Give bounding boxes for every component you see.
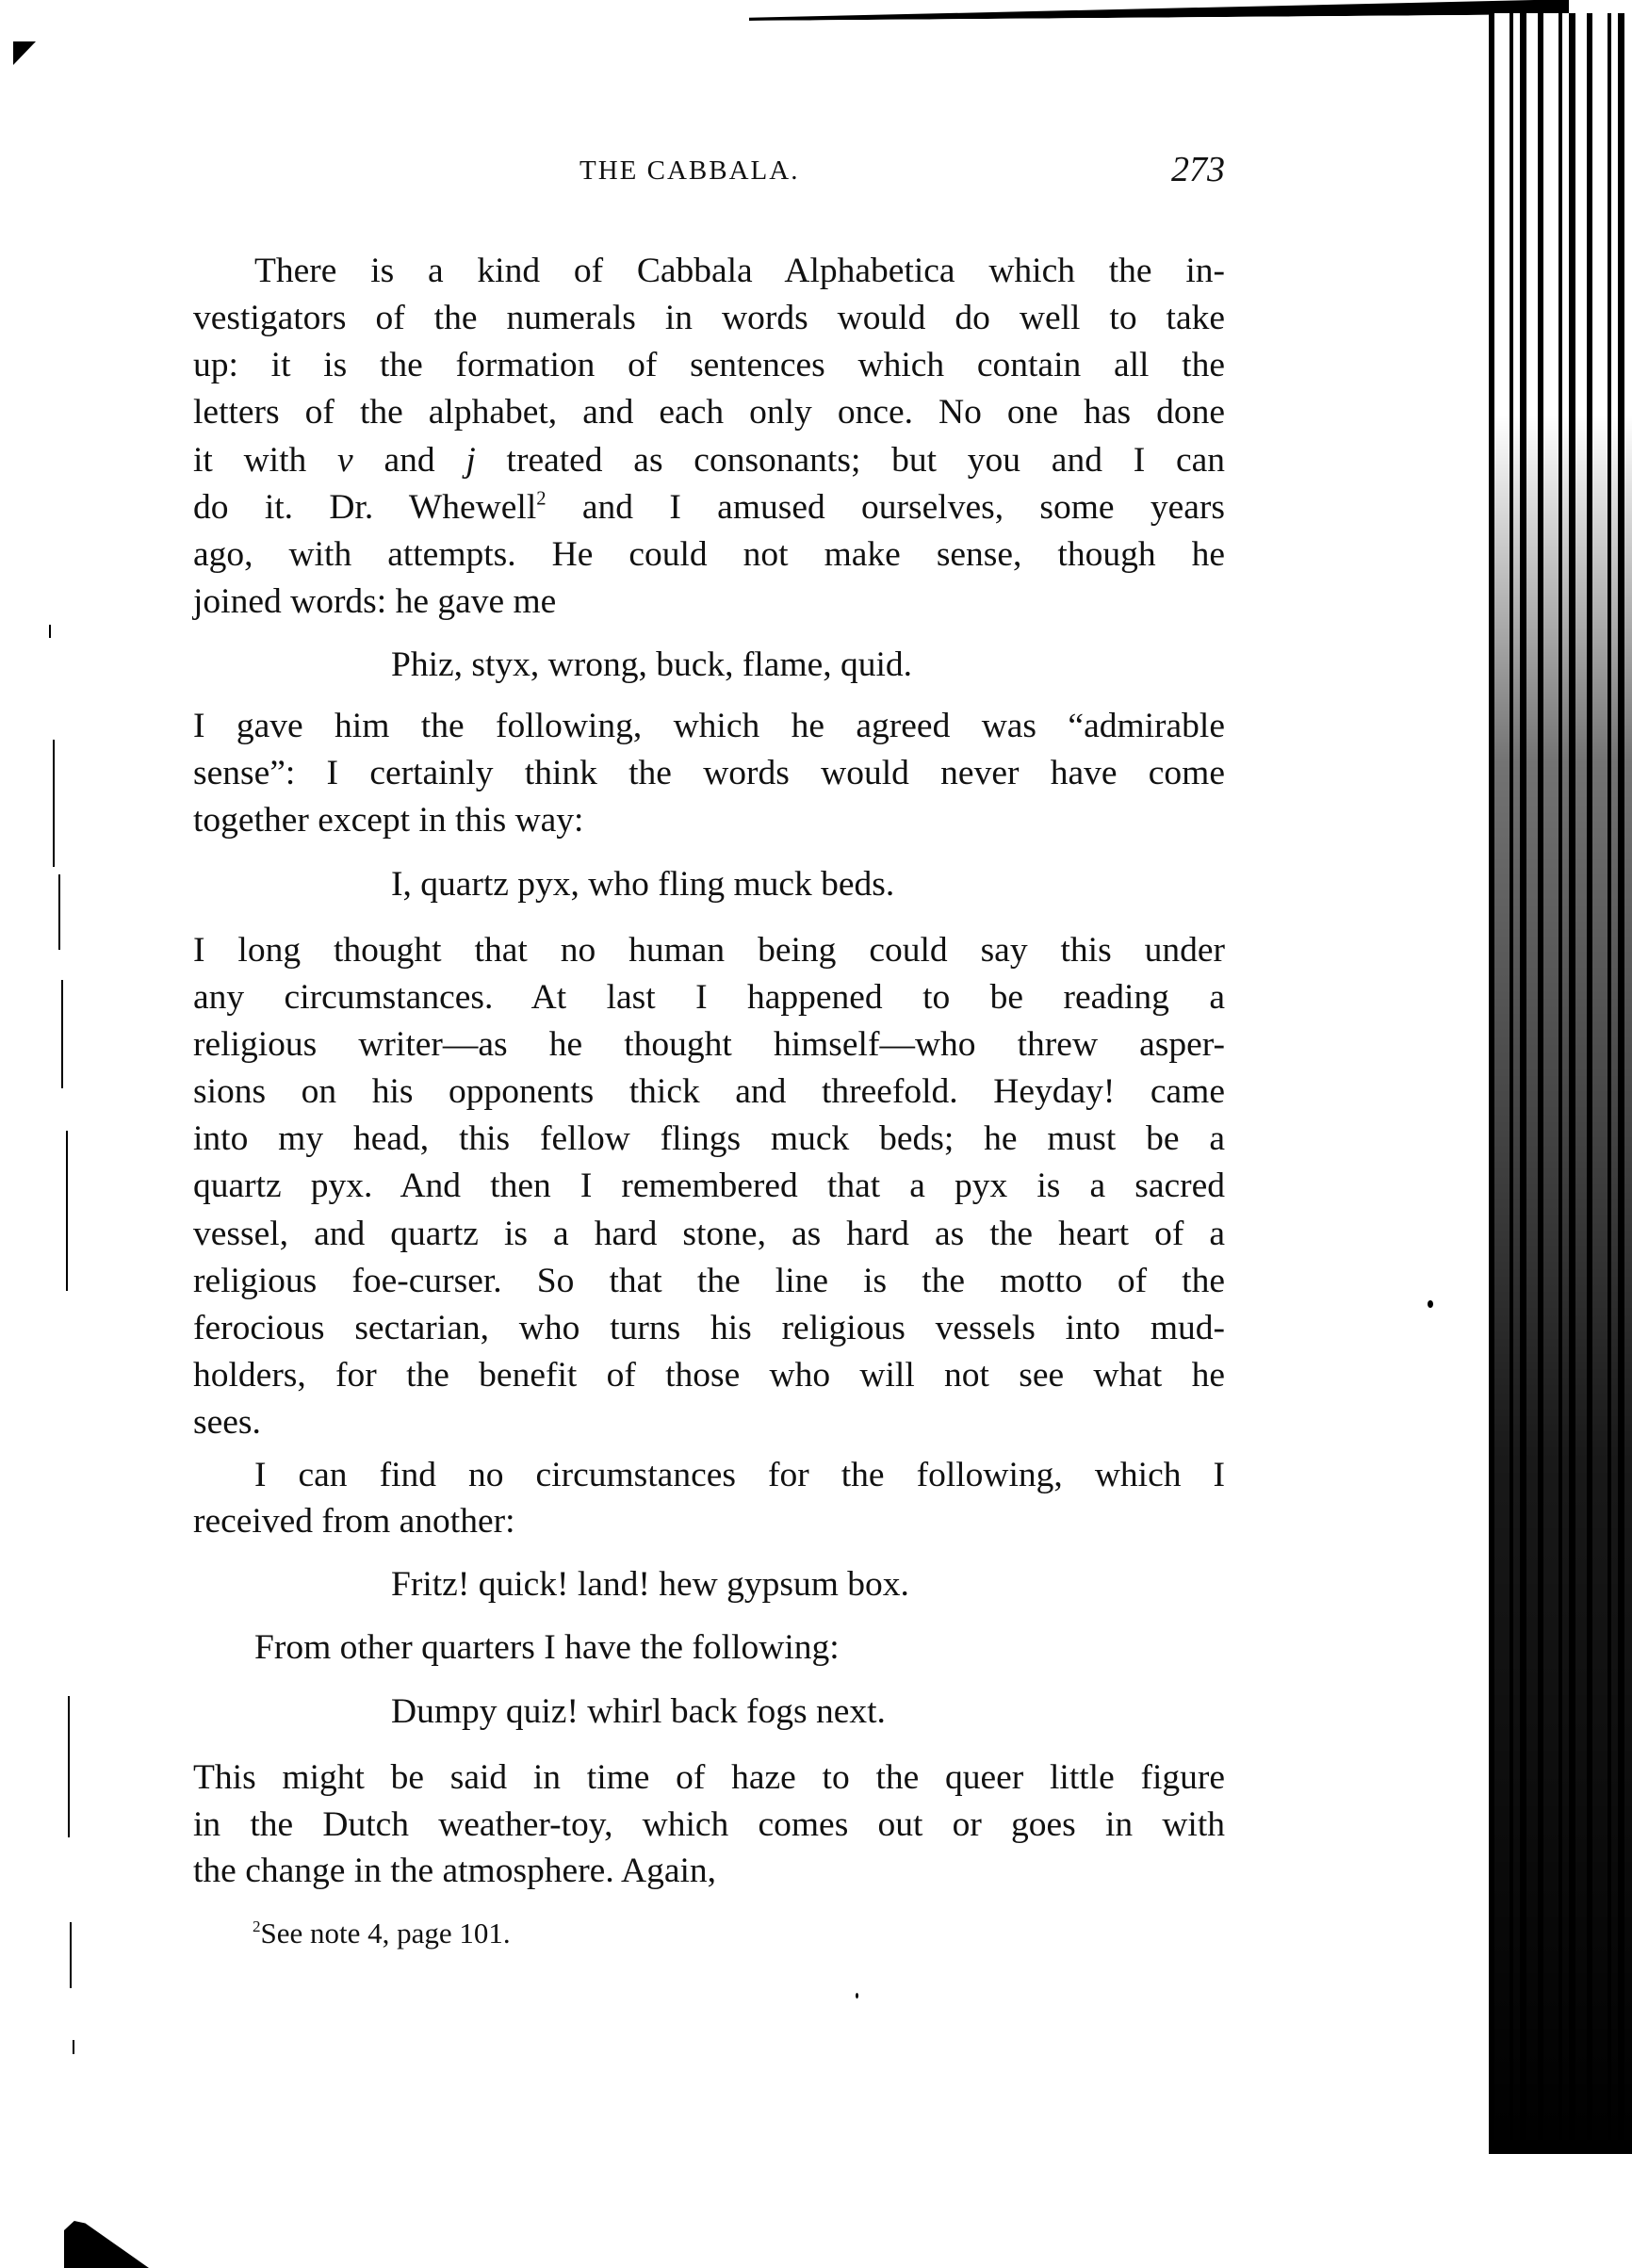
body-line: any circumstances. At last I happened to… <box>193 974 1225 1021</box>
body-line: religious foe-curser. So that the line i… <box>193 1258 1225 1305</box>
margin-scan-mark <box>70 1922 72 1988</box>
example-pangram: Fritz! quick! land! hew gypsum box. <box>391 1561 909 1608</box>
margin-scan-mark <box>53 740 55 867</box>
body-line: the change in the atmosphere. Again, <box>193 1848 1225 1895</box>
body-line: This might be said in time of haze to th… <box>193 1754 1225 1802</box>
body-line: ago, with attempts. He could not make se… <box>193 531 1225 579</box>
body-line: I gave him the following, which he agree… <box>193 703 1225 750</box>
footnote-text: See note 4, page 101. <box>261 1917 511 1950</box>
body-line: From other quarters I have the following… <box>254 1624 1225 1672</box>
margin-scan-mark <box>49 625 51 638</box>
scan-corner-mark-bottom <box>64 2221 149 2268</box>
example-pangram: I, quartz pyx, who fling muck beds. <box>391 861 894 908</box>
scanned-book-page: THE CABBALA. 273 There is a kind of Cabb… <box>0 0 1632 2268</box>
text-run: and <box>353 441 466 480</box>
running-head: THE CABBALA. <box>579 155 799 187</box>
body-line: sions on his opponents thick and threefo… <box>193 1069 1225 1116</box>
scan-corner-mark-top <box>13 41 36 65</box>
body-line: I long thought that no human being could… <box>193 927 1225 974</box>
body-line: ferocious sectarian, who turns his relig… <box>193 1305 1225 1352</box>
text-run: and I amused ourselves, some years <box>547 488 1225 527</box>
body-line: received from another: <box>193 1498 1225 1545</box>
body-line: it with v and j treated as consonants; b… <box>193 437 1225 484</box>
body-line: There is a kind of Cabbala Alphabetica w… <box>254 248 1225 295</box>
body-line: letters of the alphabet, and each only o… <box>193 389 1225 436</box>
scan-speck <box>1428 1300 1433 1308</box>
footnote-reference[interactable]: 2 <box>536 489 546 510</box>
italic-letter-j: j <box>465 441 475 480</box>
page-number: 273 <box>1171 149 1225 190</box>
footnote-marker: 2 <box>253 1917 261 1935</box>
footnote: 2See note 4, page 101. <box>253 1915 511 1952</box>
book-binding-shadow <box>1489 415 1632 2154</box>
body-line: sees. <box>193 1399 1225 1446</box>
body-line: vessel, and quartz is a hard stone, as h… <box>193 1211 1225 1258</box>
body-line: joined words: he gave me <box>193 579 1225 626</box>
margin-scan-mark <box>66 1131 68 1291</box>
margin-scan-mark <box>61 980 63 1088</box>
body-line: into my head, this fellow flings muck be… <box>193 1116 1225 1163</box>
page-top-edge-shadow <box>749 0 1569 21</box>
margin-scan-mark <box>68 1696 70 1837</box>
text-run: treated as consonants; but you and I can <box>476 441 1225 480</box>
body-line: up: it is the formation of sentences whi… <box>193 342 1225 389</box>
example-pangram: Dumpy quiz! whirl back fogs next. <box>391 1689 886 1736</box>
body-line: I can find no circumstances for the foll… <box>254 1452 1225 1499</box>
body-line: together except in this way: <box>193 797 1225 844</box>
body-line: sense”: I certainly think the words woul… <box>193 750 1225 797</box>
body-line: in the Dutch weather-toy, which comes ou… <box>193 1802 1225 1849</box>
italic-letter-v: v <box>337 441 353 480</box>
text-run: do it. Dr. Whewell <box>193 488 536 527</box>
body-line: quartz pyx. And then I remembered that a… <box>193 1163 1225 1210</box>
body-line: holders, for the benefit of those who wi… <box>193 1352 1225 1399</box>
body-line: vestigators of the numerals in words wou… <box>193 295 1225 342</box>
margin-scan-mark <box>58 874 60 950</box>
body-line: religious writer—as he thought himself—w… <box>193 1021 1225 1069</box>
margin-scan-mark <box>73 2040 74 2054</box>
scan-speck <box>856 1993 858 1999</box>
text-run: it with <box>193 441 337 480</box>
example-pangram: Phiz, styx, wrong, buck, flame, quid. <box>391 642 912 689</box>
body-line: do it. Dr. Whewell2 and I amused ourselv… <box>193 484 1225 531</box>
